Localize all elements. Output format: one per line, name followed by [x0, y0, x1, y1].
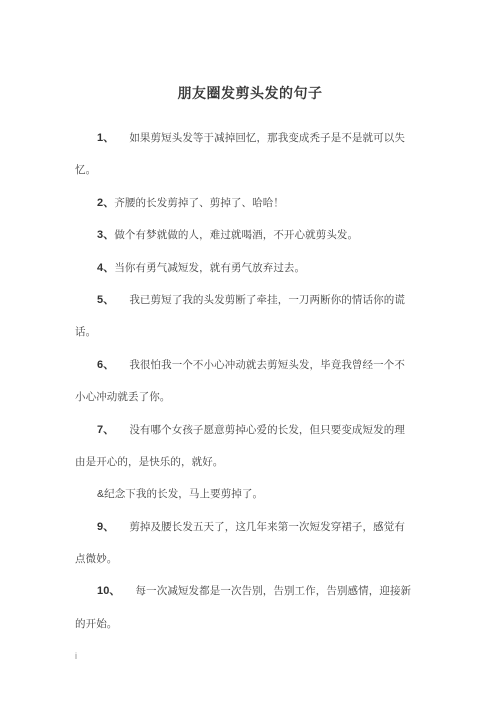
paragraph: &纪念下我的长发，马上要剪掉了。	[75, 478, 430, 510]
paragraph-text: 当你有勇气减短发，就有勇气放弃过去。	[114, 262, 305, 274]
paragraph: 1、如果剪短头发等于减掉回忆，那我变成秃子是不是就可以失忆。	[75, 122, 430, 187]
paragraph-line: 5、我已剪短了我的头发剪断了牵挂，一刀两断你的情话你的谎	[75, 284, 430, 316]
paragraph: 10、每一次减短发都是一次告别，告别工作，告别感情，迎接新的开始。	[75, 575, 430, 640]
paragraph-text: 我已剪短了我的头发剪断了牵挂，一刀两断你的情话你的谎	[129, 294, 405, 306]
paragraph-text: 点微妙。	[75, 553, 117, 565]
paragraph-text: 齐腰的长发剪掉了、剪掉了、哈哈！	[114, 197, 284, 209]
paragraph: 2、齐腰的长发剪掉了、剪掉了、哈哈！	[75, 187, 430, 219]
paragraph-line: 1、如果剪短头发等于减掉回忆，那我变成秃子是不是就可以失	[75, 122, 430, 154]
paragraph: 7、没有哪个女孩子愿意剪掉心爱的长发，但只要变成短发的理由是开心的，是快乐的，就…	[75, 414, 430, 479]
paragraph-line: 忆。	[75, 154, 430, 186]
list-number: 3、	[97, 229, 114, 241]
list-number: 1、	[97, 132, 114, 144]
list-number: 2、	[97, 197, 114, 209]
paragraph-line: 点微妙。	[75, 543, 430, 575]
paragraph-text: 没有哪个女孩子愿意剪掉心爱的长发，但只要变成短发的理	[129, 424, 405, 436]
paragraph: 6、我很怕我一个不小心冲动就去剪短头发，毕竟我曾经一个不小心冲动就丢了你。	[75, 349, 430, 414]
list-number: 6、	[97, 359, 114, 371]
paragraph: 9、剪掉及腰长发五天了，这几年来第一次短发穿裙子，感觉有点微妙。	[75, 511, 430, 576]
stray-mark: i	[75, 652, 77, 661]
paragraph-line: 4、当你有勇气减短发，就有勇气放弃过去。	[75, 252, 430, 284]
paragraph-text: 的开始。	[75, 618, 117, 630]
document-title: 朋友圈发剪头发的句子	[0, 0, 500, 103]
paragraph-text: 我很怕我一个不小心冲动就去剪短头发，毕竟我曾经一个不	[129, 359, 405, 371]
paragraph-line: 的开始。	[75, 608, 430, 640]
list-number: 9、	[97, 521, 114, 533]
paragraph-text: 做个有梦就做的人，难过就喝酒，不开心就剪头发。	[114, 229, 358, 241]
paragraph-text: 忆。	[75, 164, 96, 176]
paragraph-line: &纪念下我的长发，马上要剪掉了。	[75, 478, 430, 510]
list-number: 10、	[97, 585, 121, 597]
document-page: 朋友圈发剪头发的句子 1、如果剪短头发等于减掉回忆，那我变成秃子是不是就可以失忆…	[0, 0, 500, 708]
list-number: 4、	[97, 262, 114, 274]
paragraph-text: &纪念下我的长发，马上要剪掉了。	[97, 488, 263, 500]
paragraph: 4、当你有勇气减短发，就有勇气放弃过去。	[75, 252, 430, 284]
paragraph-line: 9、剪掉及腰长发五天了，这几年来第一次短发穿裙子，感觉有	[75, 511, 430, 543]
paragraph-text: 话。	[75, 326, 96, 338]
paragraph-line: 由是开心的，是快乐的，就好。	[75, 446, 430, 478]
paragraph-line: 小心冲动就丢了你。	[75, 381, 430, 413]
paragraph-line: 话。	[75, 316, 430, 348]
paragraph-text: 小心冲动就丢了你。	[75, 391, 170, 403]
paragraph-text: 每一次减短发都是一次告别，告别工作，告别感情，迎接新	[136, 585, 412, 597]
paragraph-line: 2、齐腰的长发剪掉了、剪掉了、哈哈！	[75, 187, 430, 219]
paragraph-line: 3、做个有梦就做的人，难过就喝酒，不开心就剪头发。	[75, 219, 430, 251]
list-number: 5、	[97, 294, 114, 306]
paragraph: 5、我已剪短了我的头发剪断了牵挂，一刀两断你的情话你的谎话。	[75, 284, 430, 349]
paragraph-text: 如果剪短头发等于减掉回忆，那我变成秃子是不是就可以失	[129, 132, 405, 144]
paragraph-text: 由是开心的，是快乐的，就好。	[75, 456, 223, 468]
list-number: 7、	[97, 424, 114, 436]
paragraph: 3、做个有梦就做的人，难过就喝酒，不开心就剪头发。	[75, 219, 430, 251]
paragraph-text: 剪掉及腰长发五天了，这几年来第一次短发穿裙子，感觉有	[129, 521, 405, 533]
paragraph-list: 1、如果剪短头发等于减掉回忆，那我变成秃子是不是就可以失忆。2、齐腰的长发剪掉了…	[0, 122, 500, 640]
paragraph-line: 7、没有哪个女孩子愿意剪掉心爱的长发，但只要变成短发的理	[75, 414, 430, 446]
paragraph-line: 10、每一次减短发都是一次告别，告别工作，告别感情，迎接新	[75, 575, 430, 607]
paragraph-line: 6、我很怕我一个不小心冲动就去剪短头发，毕竟我曾经一个不	[75, 349, 430, 381]
